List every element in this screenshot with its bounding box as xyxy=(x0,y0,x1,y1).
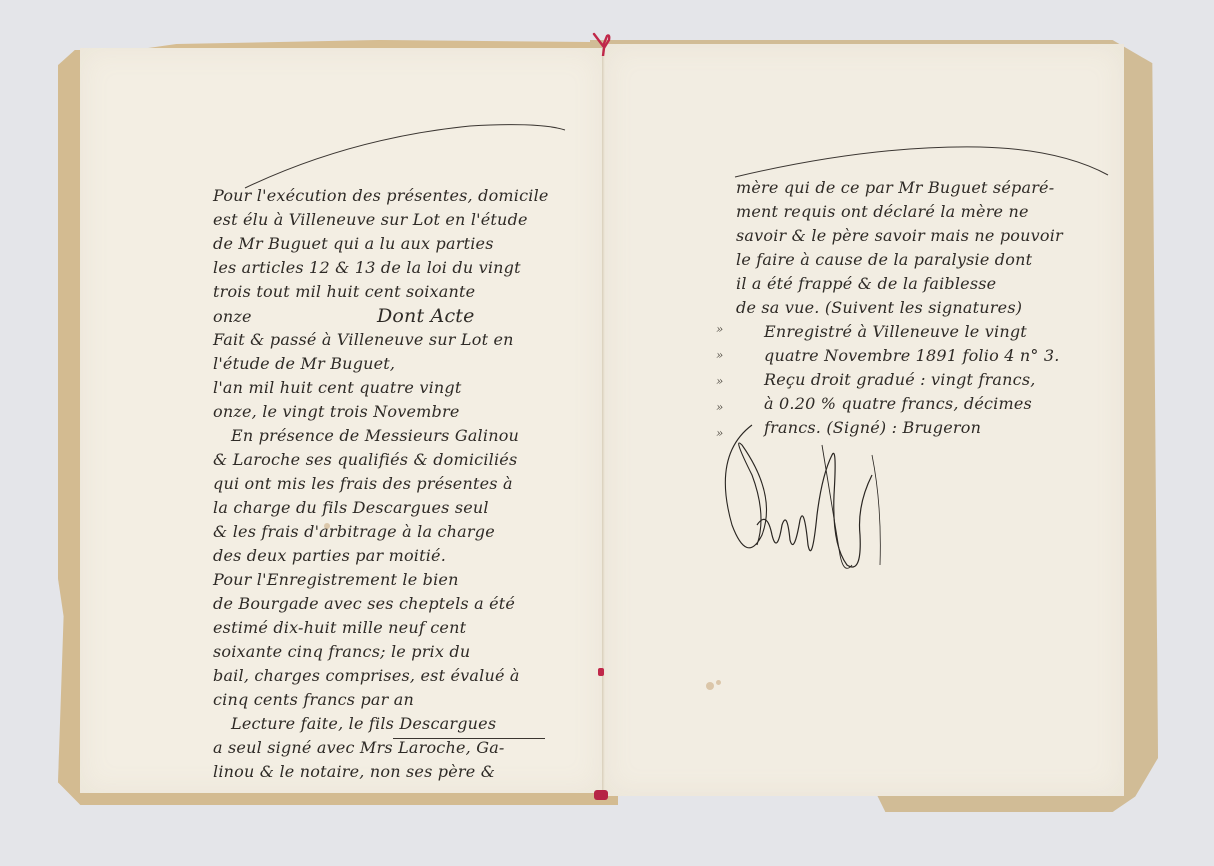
text-line: soixante cinq francs; le prix du xyxy=(213,640,549,664)
text-line: bail, charges comprises, est évalué à xyxy=(213,664,549,688)
notary-signature xyxy=(722,415,902,585)
paper-stain xyxy=(324,523,330,529)
text-line: les articles 12 & 13 de la loi du vingt xyxy=(213,256,549,280)
text-line: Pour l'Enregistrement le bien xyxy=(213,568,549,592)
text-line: le faire à cause de la paralysie dont xyxy=(736,248,1063,272)
text-line: Fait & passé à Villeneuve sur Lot en xyxy=(213,328,549,352)
text-line: cinq cents francs par an xyxy=(213,688,549,712)
text-line: mère qui de ce par Mr Buguet séparé- xyxy=(736,176,1063,200)
text-line: il a été frappé & de la faiblesse xyxy=(736,272,1063,296)
text-line: & les frais d'arbitrage à la charge xyxy=(213,520,549,544)
text-line: l'an mil huit cent quatre vingt xyxy=(213,376,549,400)
text-line: est élu à Villeneuve sur Lot en l'étude xyxy=(213,208,549,232)
registration-line: Enregistré à Villeneuve le vingt xyxy=(736,320,1063,344)
paper-stain xyxy=(706,682,714,690)
margin-mark: » xyxy=(716,368,723,394)
text-line: la charge du fils Descargues seul xyxy=(213,496,549,520)
text-line: qui ont mis les frais des présentes à xyxy=(213,472,549,496)
right-page-text: mère qui de ce par Mr Buguet séparé- men… xyxy=(736,176,1063,440)
text-line: de Mr Buguet qui a lu aux parties xyxy=(213,232,549,256)
registration-line: Reçu droit gradué : vingt francs, xyxy=(736,368,1063,392)
text-line: a seul signé avec Mrs Laroche, Ga- xyxy=(213,736,549,760)
text-line: onze Dont Acte xyxy=(213,304,549,328)
text-line: linou & le notaire, non ses père & xyxy=(213,760,549,784)
text-line: & Laroche ses qualifiés & domiciliés xyxy=(213,448,549,472)
text-line: En présence de Messieurs Galinou xyxy=(213,424,549,448)
text-line: de sa vue. (Suivent les signatures) xyxy=(736,296,1063,320)
text-line: trois tout mil huit cent soixante xyxy=(213,280,549,304)
left-page-text: Pour l'exécution des présentes, domicile… xyxy=(213,184,549,784)
binding-thread-top xyxy=(592,32,614,56)
binding-thread-middle xyxy=(598,668,604,676)
text-line: estimé dix-huit mille neuf cent xyxy=(213,616,549,640)
text-line: des deux parties par moitié. xyxy=(213,544,549,568)
paper-stain xyxy=(716,680,721,685)
text-line: onze, le vingt trois Novembre xyxy=(213,400,549,424)
text-line: ment requis ont déclaré la mère ne xyxy=(736,200,1063,224)
closing-rule-line xyxy=(393,738,545,739)
text-line: Pour l'exécution des présentes, domicile xyxy=(213,184,549,208)
text-line: Lecture faite, le fils Descargues xyxy=(213,712,549,736)
binding-thread-bottom xyxy=(594,790,608,800)
section-heading: Dont Acte xyxy=(257,305,475,327)
text-line: de Bourgade avec ses cheptels a été xyxy=(213,592,549,616)
text-fragment: onze xyxy=(213,307,252,326)
margin-mark: » xyxy=(716,342,723,368)
text-line: savoir & le père savoir mais ne pouvoir xyxy=(736,224,1063,248)
spine-fold xyxy=(602,44,605,796)
registration-line: quatre Novembre 1891 folio 4 n° 3. xyxy=(736,344,1063,368)
text-line: l'étude de Mr Buguet, xyxy=(213,352,549,376)
registration-line: à 0.20 % quatre francs, décimes xyxy=(736,392,1063,416)
margin-mark: » xyxy=(716,316,723,342)
